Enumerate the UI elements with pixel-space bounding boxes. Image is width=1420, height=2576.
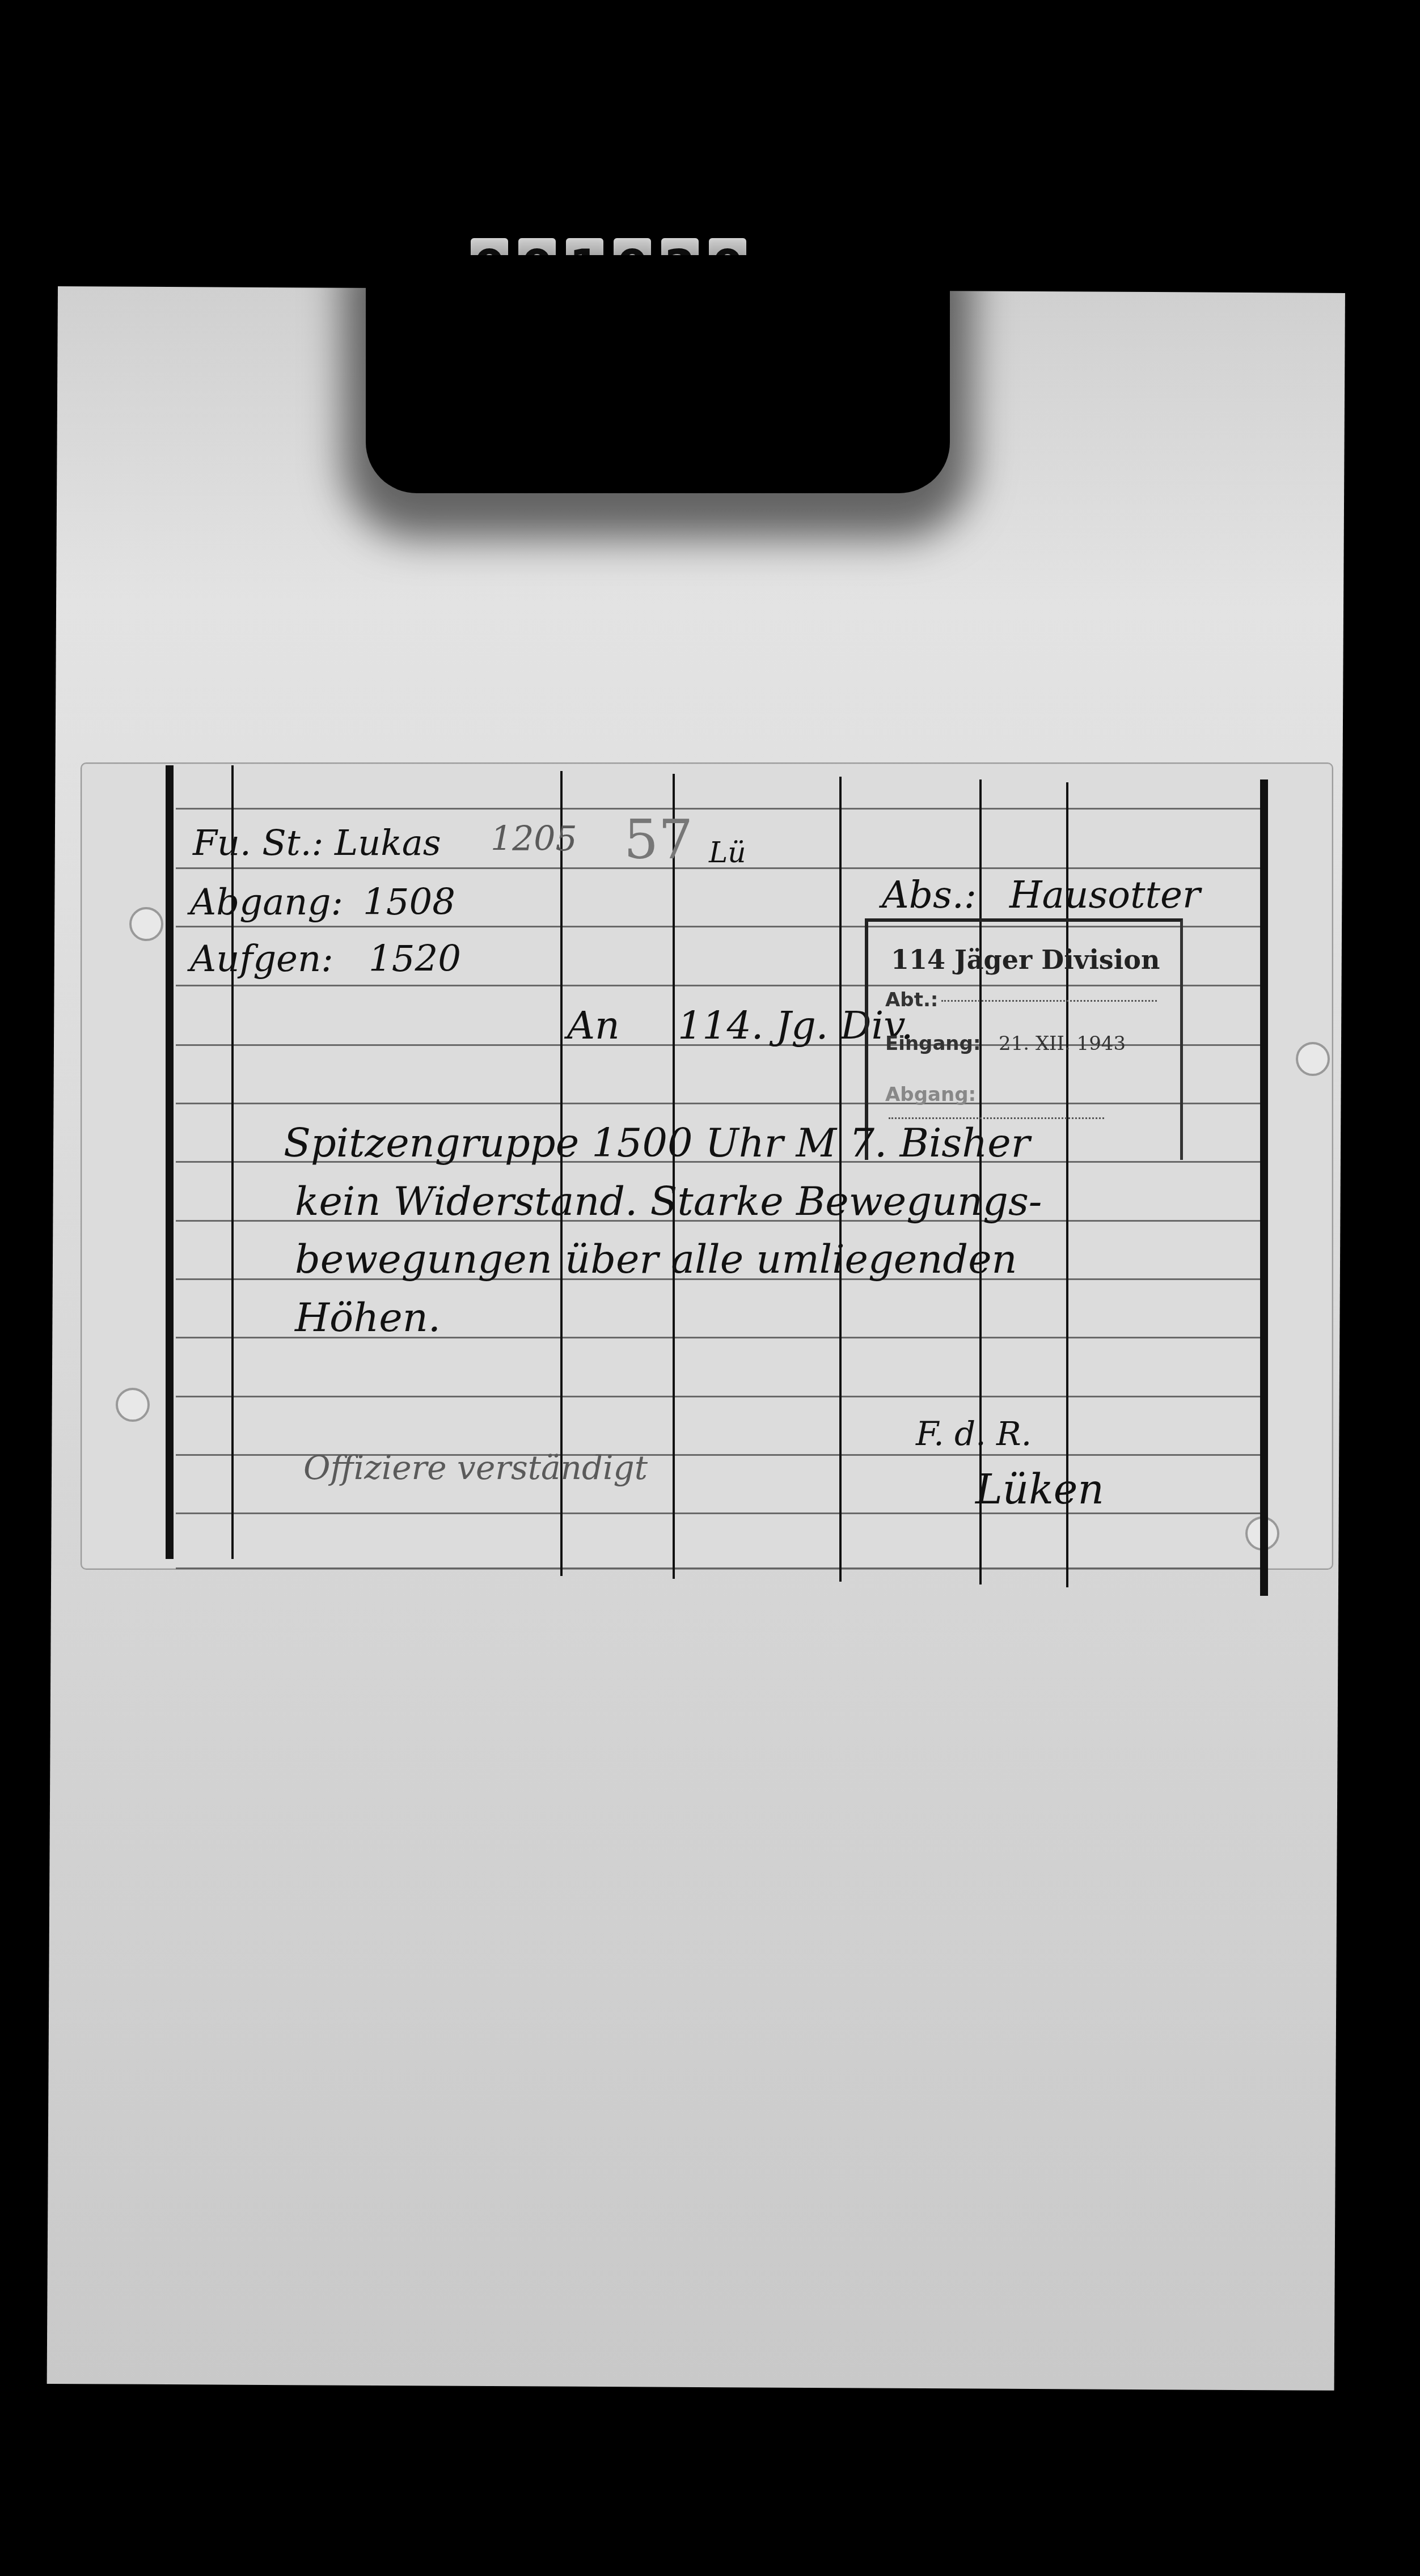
sender-label: Abs.: [882, 873, 977, 917]
aufgenommen-label: Aufgen: [190, 938, 333, 980]
aufgenommen-time: 1520 [369, 938, 461, 980]
signature-prefix: F. d. R. [916, 1414, 1032, 1453]
punch-hole [129, 907, 163, 941]
stamp-abt: Abt.: [885, 989, 1157, 1011]
stamp-title: 114 Jäger Division [891, 944, 1160, 975]
pencil-number: 1205 [491, 819, 577, 859]
pencil-note: Offiziere verständigt [303, 1448, 648, 1487]
punch-hole [1296, 1042, 1330, 1076]
message-line: Höhen. [295, 1294, 441, 1341]
station-label: Fu. St.: Lukas [193, 822, 441, 863]
stamp-eingang-label: Eingang: [885, 1032, 981, 1055]
stamp-eingang: Eingang: [885, 1032, 981, 1055]
recipient-label: An [567, 1003, 620, 1048]
stamp-abgang-label: Abgang: [885, 1083, 976, 1106]
message-line: kein Widerstand. Starke Bewegungs- [295, 1178, 1042, 1225]
punch-hole [116, 1388, 150, 1422]
sender-name: Hausotter [1009, 873, 1201, 917]
abgang-label: Abgang: [190, 882, 343, 923]
stamp-abt-label: Abt.: [885, 989, 938, 1011]
message-line: Spitzengruppe 1500 Uhr M 7. Bisher [284, 1120, 1030, 1166]
blue-number: 57 [624, 808, 693, 871]
signature: Lüken [975, 1465, 1104, 1513]
abgang-time: 1508 [363, 882, 455, 923]
binder-clip [366, 255, 950, 493]
stamp-eingang-date: 21. XII. 1943 [999, 1032, 1126, 1055]
initials: Lü [709, 836, 746, 869]
message-line: bewegungen über alle umliegenden [295, 1236, 1017, 1282]
